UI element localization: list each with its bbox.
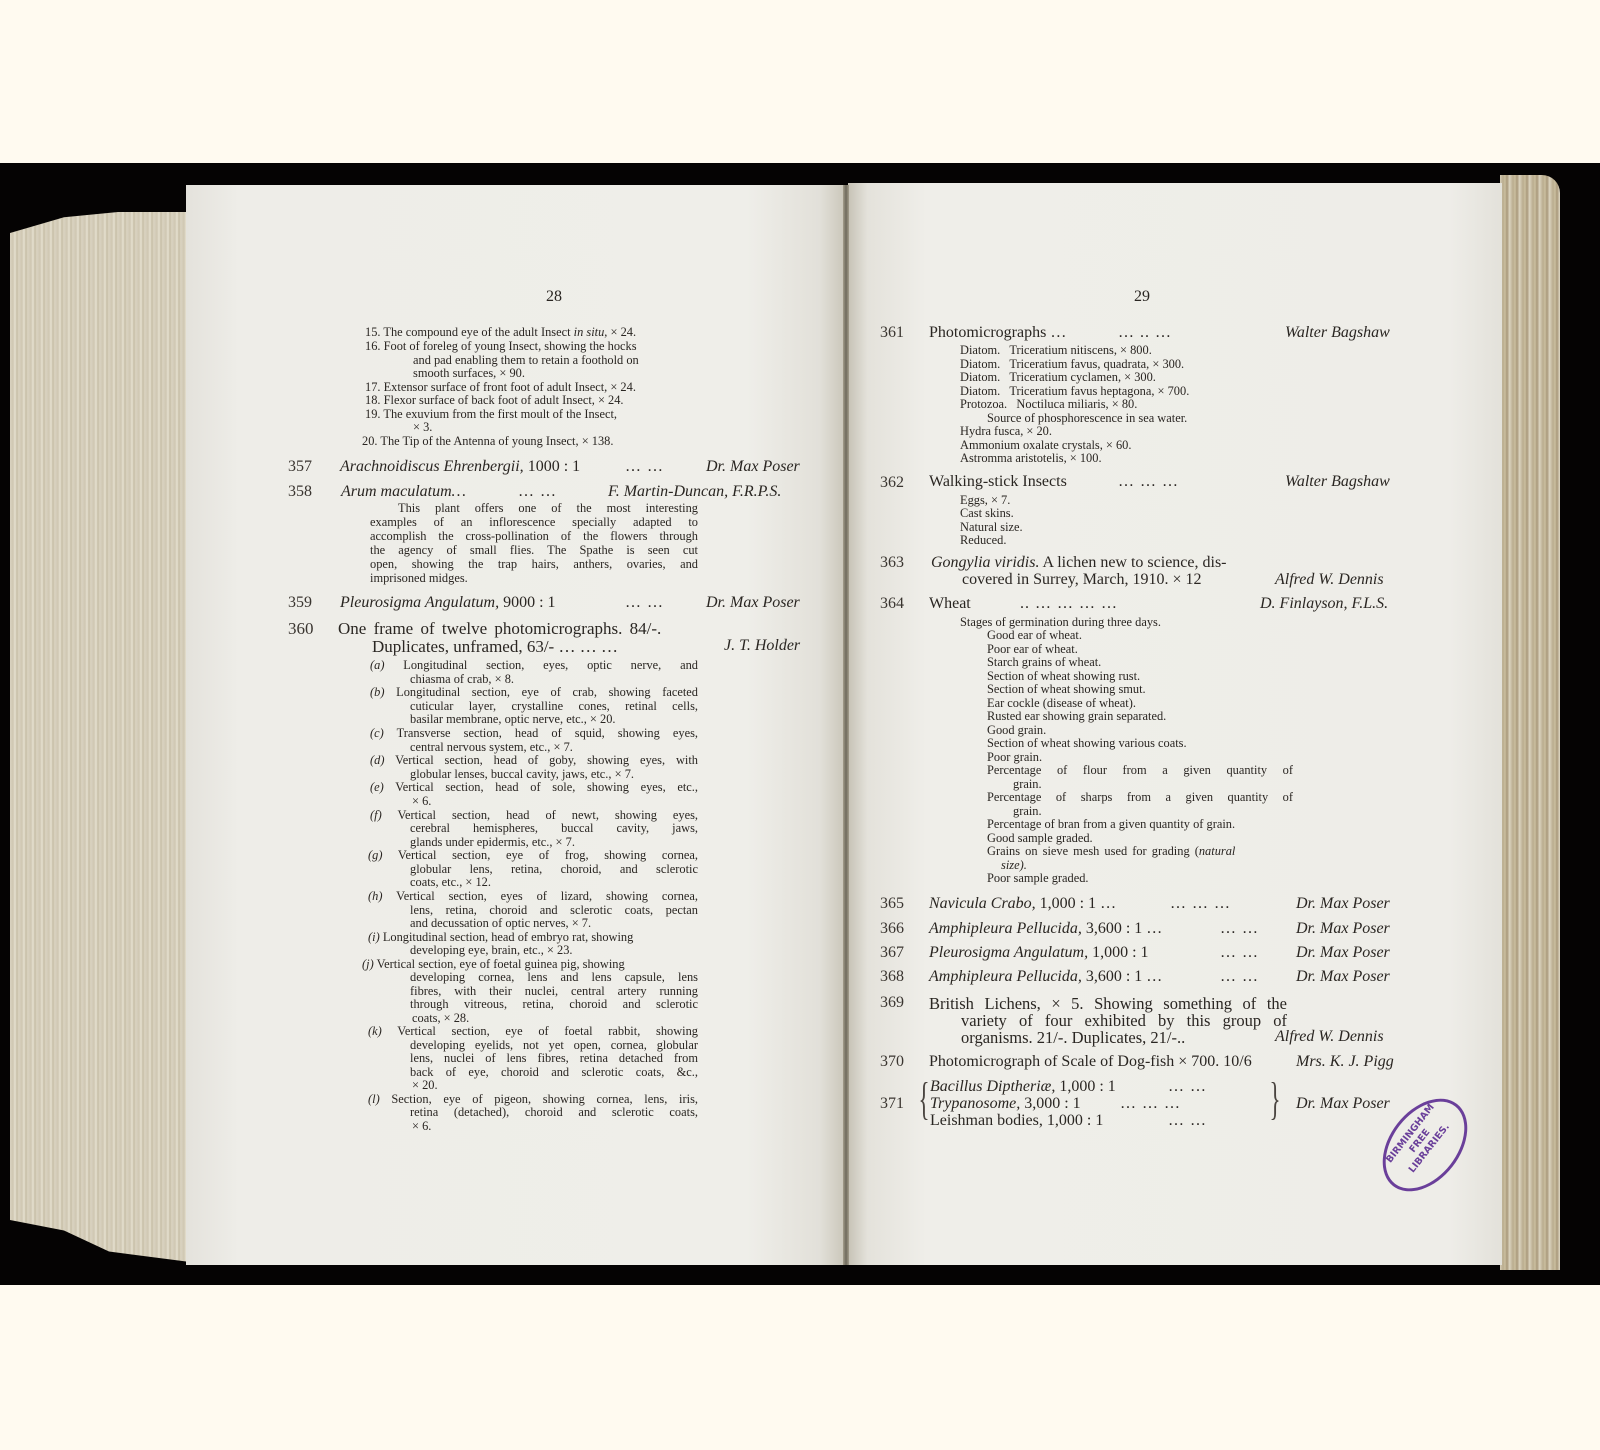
exhibitor: D. Finlayson, F.L.S.	[1260, 595, 1388, 613]
exhibitor: J. T. Holder	[724, 637, 800, 655]
leader-dots: … …	[625, 458, 664, 476]
leader-dots: .. … … … …	[1020, 595, 1118, 613]
right-brace: }	[1270, 1076, 1281, 1122]
list-item-cont: smooth surfaces, × 90.	[413, 367, 525, 381]
leader-dots: … … …	[1120, 1095, 1181, 1113]
entry-title: Photomicrographs …	[929, 324, 1066, 342]
list-item: 20. The Tip of the Antenna of young Inse…	[362, 435, 613, 449]
list-item-cont: × 3.	[413, 421, 432, 435]
entry-number: 357	[288, 458, 312, 476]
left-brace: {	[919, 1076, 930, 1122]
entry-number: 370	[880, 1053, 904, 1071]
entry-number: 366	[880, 920, 904, 938]
page-number-right: 29	[1134, 288, 1150, 306]
entry-title: Photomicrograph of Scale of Dog-fish × 7…	[929, 1053, 1252, 1071]
exhibitor: Dr. Max Poser	[1296, 895, 1390, 913]
entry-title: Wheat	[929, 595, 971, 613]
exhibitor: Dr. Max Poser	[706, 458, 800, 476]
entry-number: 367	[880, 944, 904, 962]
exhibitor: Dr. Max Poser	[706, 594, 800, 612]
entry-title: Pleurosigma Angulatum, 1,000 : 1	[929, 944, 1149, 962]
page-edges-left	[10, 212, 190, 1262]
entry-number: 369	[880, 994, 904, 1012]
entry-title: Gongylia viridis. A lichen new to scienc…	[931, 554, 1227, 572]
entry-title: Pleurosigma Angulatum, 9000 : 1	[340, 594, 556, 612]
exhibitor: Dr. Max Poser	[1296, 968, 1390, 986]
leader-dots: … …	[1220, 944, 1259, 962]
entry-number: 364	[880, 595, 904, 613]
exhibitor: F. Martin-Duncan, F.R.P.S.	[608, 483, 781, 501]
leader-dots: … …	[625, 594, 664, 612]
exhibitor: Dr. Max Poser	[1296, 1095, 1390, 1113]
leader-dots: … … …	[1170, 895, 1231, 913]
entry-number: 359	[288, 594, 312, 612]
page-number-left: 28	[546, 288, 562, 306]
exhibitor: Walter Bagshaw	[1285, 473, 1390, 491]
entry-number: 365	[880, 895, 904, 913]
leader-dots: … .. …	[1118, 324, 1172, 342]
list-item: 15. The compound eye of the adult Insect…	[365, 326, 636, 340]
exhibitor: Walter Bagshaw	[1285, 324, 1390, 342]
leader-dots: … …	[1168, 1078, 1207, 1096]
list-item: 16. Foot of foreleg of young Insect, sho…	[365, 340, 637, 354]
group-item: Leishman bodies, 1,000 : 1	[930, 1112, 1103, 1130]
exhibitor: Dr. Max Poser	[1296, 944, 1390, 962]
entry-number: 358	[288, 483, 312, 501]
entry-number: 363	[880, 554, 904, 572]
entry-number: 362	[880, 474, 904, 492]
leader-dots: … …	[1168, 1112, 1207, 1130]
entry-title: Walking-stick Insects	[929, 473, 1067, 491]
exhibitor: Alfred W. Dennis	[1275, 1028, 1384, 1046]
leader-dots: … …	[1220, 968, 1259, 986]
entry-title: Amphipleura Pellucida, 3,600 : 1 …	[929, 920, 1162, 938]
book-gutter	[843, 185, 849, 1265]
leader-dots: … … …	[1118, 473, 1179, 491]
leader-dots: … …	[1220, 920, 1259, 938]
entry-number: 360	[288, 619, 314, 639]
page-edges-right	[1500, 175, 1560, 1270]
entry-title-cont: organisms. 21/-. Duplicates, 21/-..	[961, 1028, 1185, 1048]
entry-title: Arachnoidiscus Ehrenbergii, 1000 : 1	[340, 458, 580, 476]
entry-title-cont: Duplicates, unframed, 63/- … … …	[372, 637, 618, 657]
leader-dots: … …	[518, 483, 557, 501]
entry-title: One frame of twelve photomicrographs. 84…	[338, 619, 661, 639]
entry-title-cont: covered in Surrey, March, 1910. × 12	[962, 571, 1201, 589]
exhibitor: Alfred W. Dennis	[1275, 571, 1384, 589]
entry-number: 368	[880, 968, 904, 986]
entry-title: Arum maculatum…	[341, 483, 466, 501]
group-item: Bacillus Diptheriæ, 1,000 : 1	[930, 1078, 1116, 1096]
entry-number: 371	[880, 1095, 904, 1113]
exhibitor: Dr. Max Poser	[1296, 920, 1390, 938]
entry-number: 361	[880, 324, 904, 342]
entry-title: Amphipleura Pellucida, 3,600 : 1 …	[929, 968, 1162, 986]
entry-title: Navicula Crabo, 1,000 : 1 …	[929, 895, 1116, 913]
list-item: 18. Flexor surface of back foot of adult…	[365, 394, 624, 408]
list-item: 19. The exuvium from the first moult of …	[365, 408, 617, 422]
group-item: Trypanosome, 3,000 : 1	[930, 1095, 1081, 1113]
exhibitor: Mrs. K. J. Pigg	[1296, 1053, 1394, 1071]
